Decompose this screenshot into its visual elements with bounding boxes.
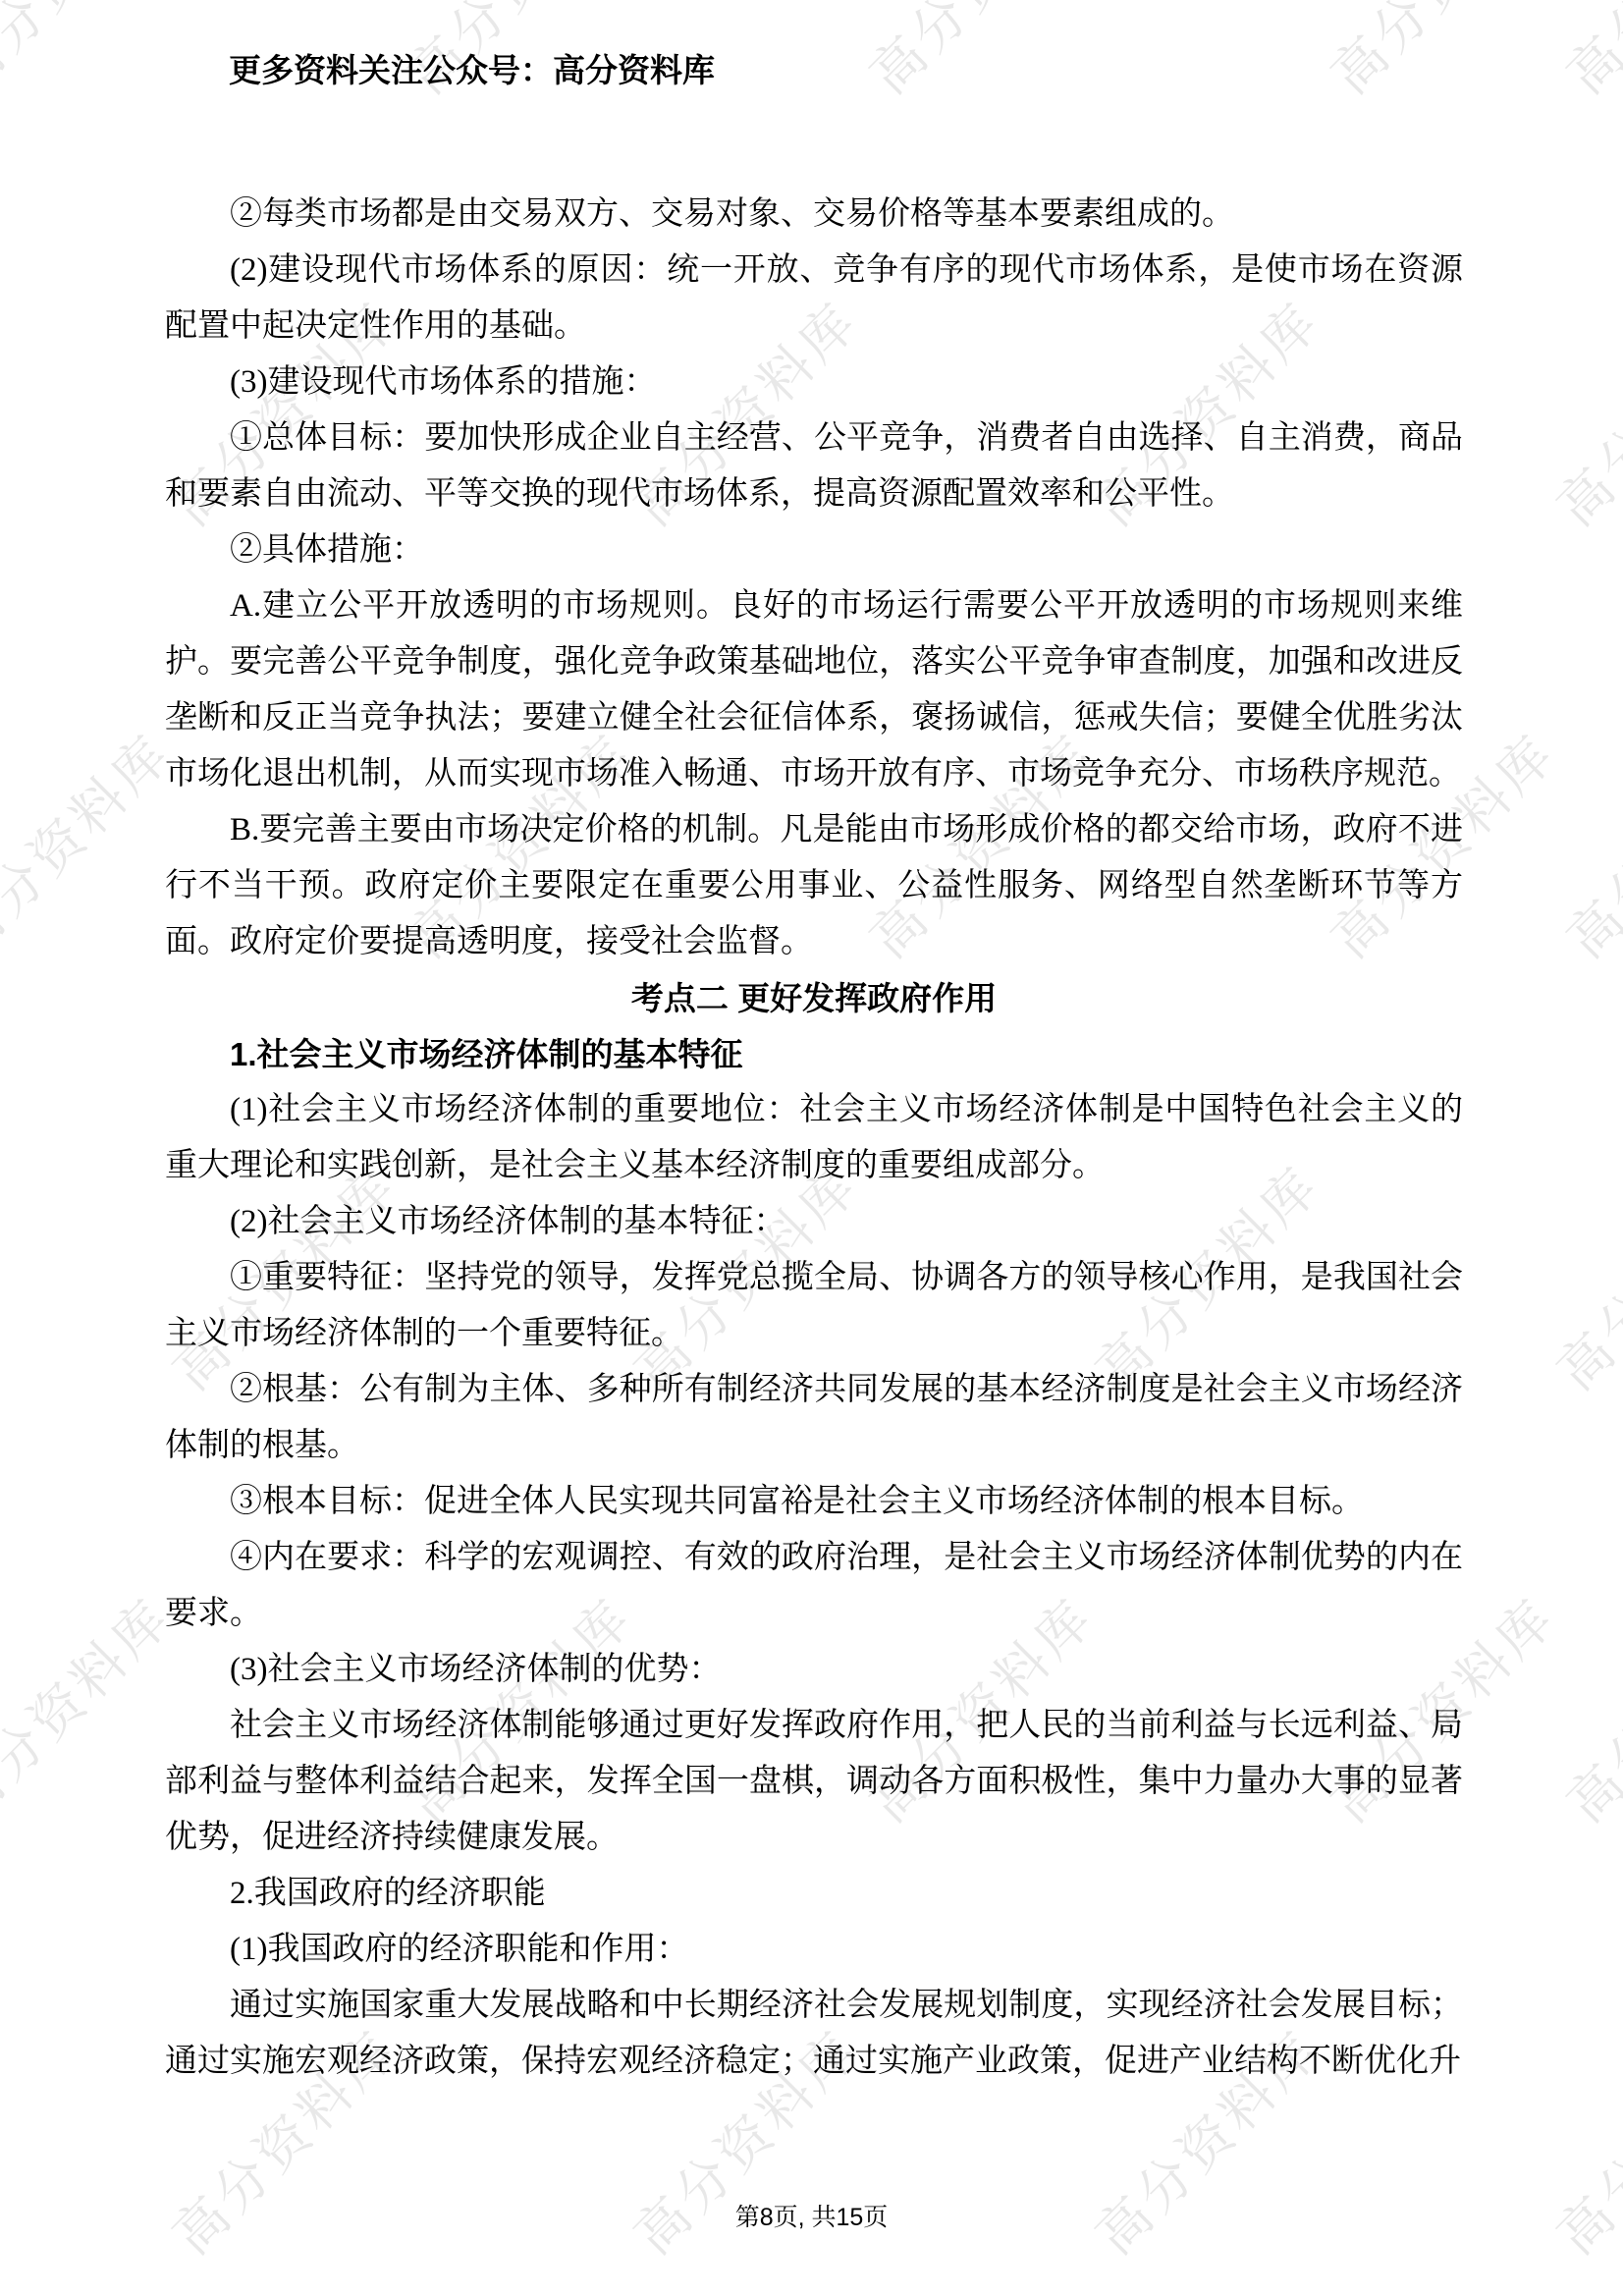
section-heading: 考点二 更好发挥政府作用 [165, 970, 1463, 1026]
body-paragraph: ③根本目标：促进全体人民实现共同富裕是社会主义市场经济体制的根本目标。 [165, 1474, 1463, 1530]
body-paragraph: 通过实施国家重大发展战略和中长期经济社会发展规划制度，实现经济社会发展目标；通过… [165, 1978, 1463, 2090]
body-paragraph: ②具体措施： [165, 522, 1463, 578]
body-paragraph: 社会主义市场经济体制能够通过更好发挥政府作用，把人民的当前利益与长远利益、局部利… [165, 1698, 1463, 1866]
body-paragraph: A.建立公平开放透明的市场规则。良好的市场运行需要公平开放透明的市场规则来维护。… [165, 578, 1463, 802]
body-paragraph: ②根基：公有制为主体、多种所有制经济共同发展的基本经济制度是社会主义市场经济体制… [165, 1362, 1463, 1474]
body-paragraph: ②每类市场都是由交易双方、交易对象、交易价格等基本要素组成的。 [165, 187, 1463, 243]
body-paragraph: (1)我国政府的经济职能和作用： [165, 1922, 1463, 1978]
body-paragraph: (2)社会主义市场经济体制的基本特征： [165, 1194, 1463, 1250]
document-body: ②每类市场都是由交易双方、交易对象、交易价格等基本要素组成的。(2)建设现代市场… [165, 187, 1463, 2090]
body-paragraph: B.要完善主要由市场决定价格的机制。凡是能由市场形成价格的都交给市场，政府不进行… [165, 802, 1463, 970]
page: 高分资料库高分资料库高分资料库高分资料库高分资料库高分资料库高分资料库高分资料库… [0, 0, 1623, 2296]
body-paragraph: (3)建设现代市场体系的措施： [165, 355, 1463, 410]
body-paragraph: (3)社会主义市场经济体制的优势： [165, 1642, 1463, 1698]
body-paragraph: (1)社会主义市场经济体制的重要地位：社会主义市场经济体制是中国特色社会主义的重… [165, 1082, 1463, 1194]
body-paragraph: ①总体目标：要加快形成企业自主经营、公平竞争，消费者自由选择、自主消费，商品和要… [165, 410, 1463, 522]
body-paragraph: ①重要特征：坚持党的领导，发挥党总揽全局、协调各方的领导核心作用，是我国社会主义… [165, 1250, 1463, 1362]
body-paragraph: 2.我国政府的经济职能 [165, 1866, 1463, 1922]
body-paragraph: (2)建设现代市场体系的原因：统一开放、竞争有序的现代市场体系，是使市场在资源配… [165, 243, 1463, 355]
content: 更多资料关注公众号：高分资料库 ②每类市场都是由交易双方、交易对象、交易价格等基… [0, 0, 1623, 2296]
body-paragraph: ④内在要求：科学的宏观调控、有效的政府治理，是社会主义市场经济体制优势的内在要求… [165, 1530, 1463, 1642]
footer-page-number: 第8页, 共15页 [0, 2198, 1623, 2233]
header-promo: 更多资料关注公众号：高分资料库 [229, 51, 715, 90]
sub-heading: 1.社会主义市场经济体制的基本特征 [165, 1026, 1463, 1082]
